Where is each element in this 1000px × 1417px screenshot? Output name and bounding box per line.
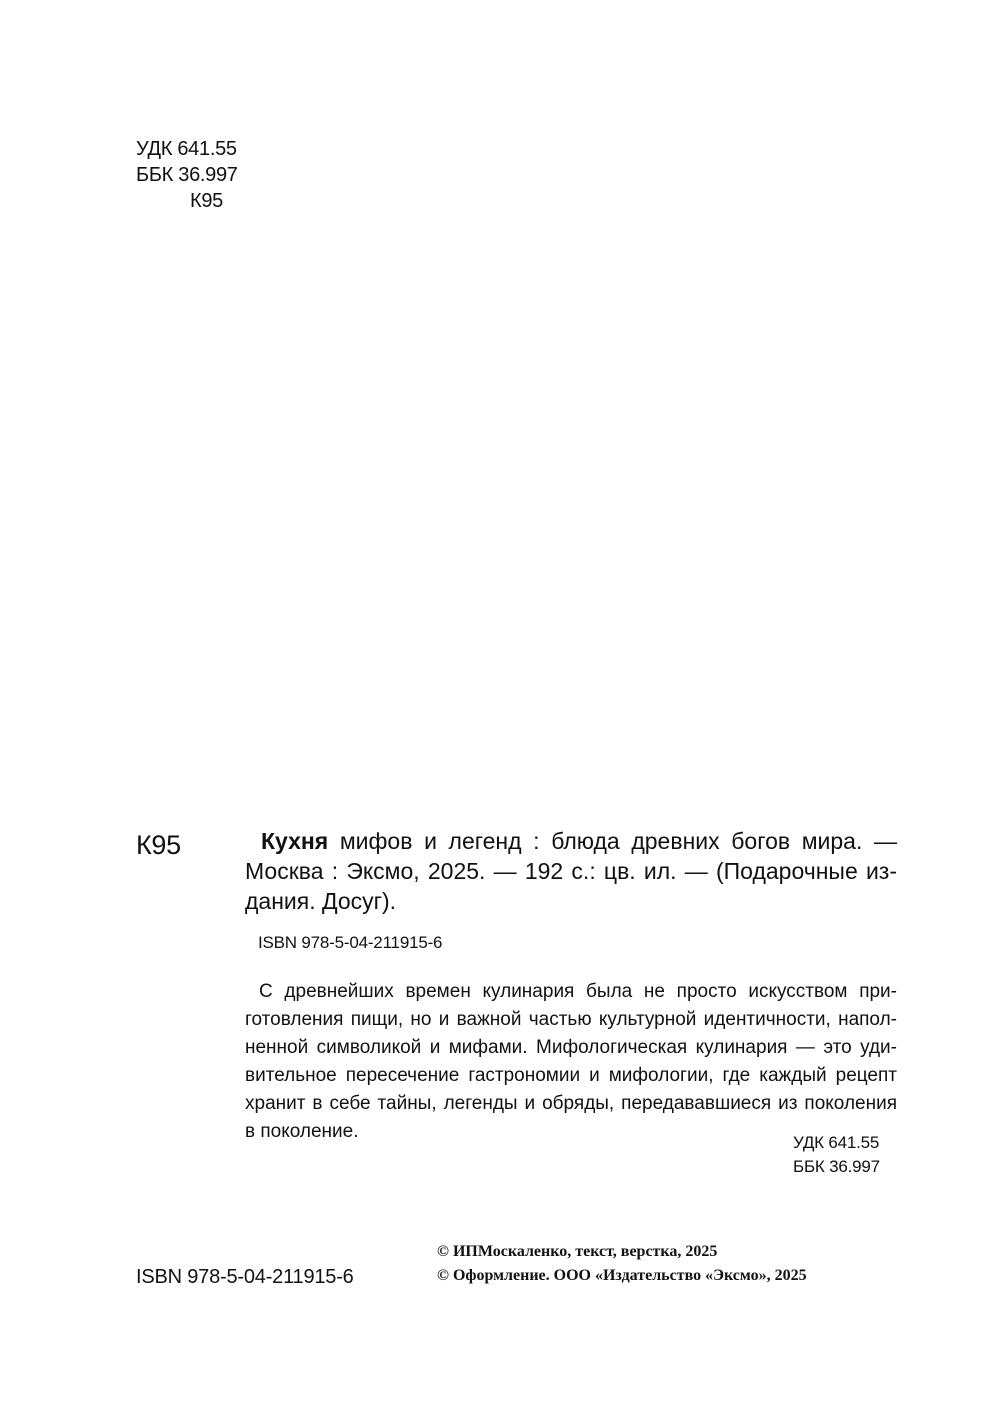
abstract-line: готовления пищи, но и важной частью куль… [245,1006,897,1034]
bbk-code: ББК 36.997 [793,1155,880,1179]
record-line-1: Кухня мифов и легенд : блюда древних бог… [245,826,897,856]
bbk-code: ББК 36.997 [136,162,238,188]
footer-isbn: ISBN 978-5-04-211915-6 [136,1264,354,1290]
classification-codes-top: УДК 641.55 ББК 36.997 К95 [136,136,238,214]
book-title: Кухня [261,828,328,854]
abstract-paragraph: С древнейших времен кулинария была не пр… [245,978,897,1146]
abstract-line: хранит в себе тайны, легенды и обряды, п… [245,1090,897,1118]
abstract-line: вительное пересечение гастрономии и мифо… [245,1062,897,1090]
udk-code: УДК 641.55 [136,136,238,162]
bibliographic-record: Кухня мифов и легенд : блюда древних бог… [245,826,897,916]
udk-code: УДК 641.55 [793,1131,880,1155]
record-line-2: Москва : Эксмо, 2025. — 192 с.: цв. ил. … [245,856,897,886]
record-line-3: дания. Досуг). [245,886,897,916]
classification-codes-bottom: УДК 641.55 ББК 36.997 [793,1131,880,1179]
copyright-line: © Оформление. ООО «Издательство «Эксмо»,… [437,1264,807,1288]
author-mark: К95 [136,188,238,214]
copyright-block: © ИПМоскаленко, текст, верстка, 2025 © О… [437,1240,807,1288]
abstract-line: ненной символикой и мифами. Мифологическ… [245,1034,897,1062]
abstract-line: С древнейших времен кулинария была не пр… [245,978,897,1006]
record-author-mark: К95 [136,828,181,862]
record-isbn: ISBN 978-5-04-211915-6 [258,932,442,954]
copyright-line: © ИПМоскаленко, текст, верстка, 2025 [437,1240,807,1264]
